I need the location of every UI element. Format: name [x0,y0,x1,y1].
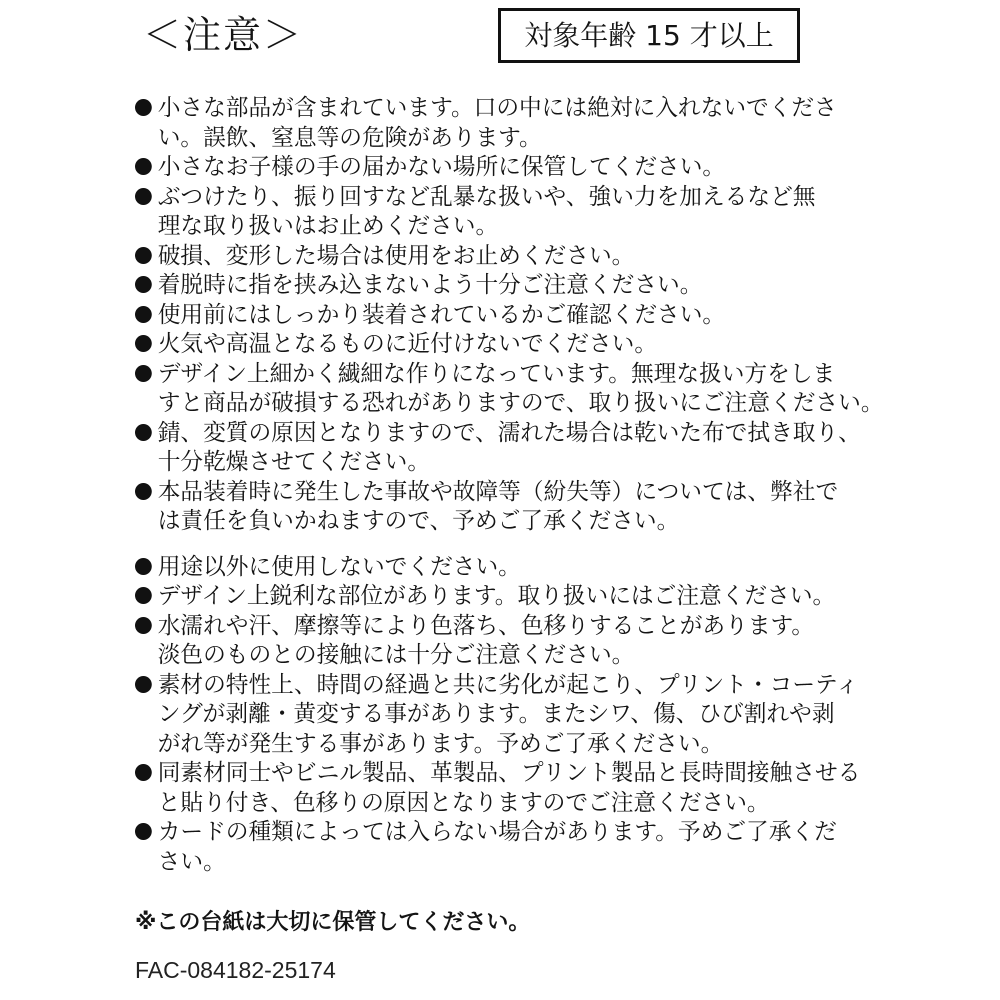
caution-text: 素材の特性上、時間の経過と共に劣化が起こり、プリント・コーティ [158,672,859,698]
caution-item-continuation: い。誤飲、窒息等の危険があります。 [135,124,885,154]
caution-item-continuation: は責任を負いかねますので、予めご了承ください。 [135,507,885,537]
caution-item-first-line: 用途以外に使用しないでください。 [135,553,885,583]
caution-item: デザイン上鋭利な部位があります。取り扱いにはご注意ください。 [135,582,895,612]
caution-item: 火気や高温となるものに近付けないでください。 [135,330,895,360]
caution-text: さい。 [158,849,226,875]
caution-item-first-line: 破損、変形した場合は使用をお止めください。 [135,242,885,272]
caution-item-continuation: 理な取り扱いはお止めください。 [135,212,885,242]
caution-text: デザイン上鋭利な部位があります。取り扱いにはご注意ください。 [158,583,836,609]
caution-group-1: 小さな部品が含まれています。口の中には絶対に入れないでください。誤飲、窒息等の危… [135,94,895,537]
bullet-icon [135,558,152,575]
keep-card-note: ※この台紙は大切に保管してください。 [135,908,530,938]
bullet-icon [135,99,152,116]
caution-text: ングが剥離・黄変する事があります。またシワ、傷、ひび割れや剥 [158,701,835,727]
caution-text: 小さな部品が含まれています。口の中には絶対に入れないでくださ [158,95,837,121]
bullet-icon [135,247,152,264]
bullet-icon [135,188,152,205]
caution-text: は責任を負いかねますので、予めご了承ください。 [158,508,680,534]
caution-text: がれ等が発生する事があります。予めご了承ください。 [158,731,724,757]
caution-text: デザイン上細かく繊細な作りになっています。無理な扱い方をしま [158,361,836,387]
caution-text: 使用前にはしっかり装着されているかご確認ください。 [158,302,725,328]
caution-item-continuation: 十分乾燥させてください。 [135,448,885,478]
caution-list: 小さな部品が含まれています。口の中には絶対に入れないでください。誤飲、窒息等の危… [135,94,895,877]
age-rating-badge: 対象年齢 15 才以上 [498,8,800,63]
caution-item: 同素材同士やビニル製品、革製品、プリント製品と長時間接触させると貼り付き、色移り… [135,759,895,818]
caution-group-2: 用途以外に使用しないでください。デザイン上鋭利な部位があります。取り扱いにはご注… [135,553,895,878]
caution-text: 錆、変質の原因となりますので、濡れた場合は乾いた布で拭き取り、 [158,420,861,446]
caution-item: デザイン上細かく繊細な作りになっています。無理な扱い方をしますと商品が破損する恐… [135,360,895,419]
caution-item-first-line: 錆、変質の原因となりますので、濡れた場合は乾いた布で拭き取り、 [135,419,885,449]
caution-text: 本品装着時に発生した事故や故障等（紛失等）については、弊社で [158,479,838,505]
caution-item: 水濡れや汗、摩擦等により色落ち、色移りすることがあります。淡色のものとの接触には… [135,612,895,671]
caution-item: 素材の特性上、時間の経過と共に劣化が起こり、プリント・コーティングが剥離・黄変す… [135,671,895,760]
bullet-icon [135,676,152,693]
bullet-icon [135,335,152,352]
bullet-icon [135,483,152,500]
bullet-icon [135,276,152,293]
bullet-icon [135,617,152,634]
caution-item: 錆、変質の原因となりますので、濡れた場合は乾いた布で拭き取り、十分乾燥させてくだ… [135,419,895,478]
caution-item-first-line: 本品装着時に発生した事故や故障等（紛失等）については、弊社で [135,478,885,508]
caution-item-continuation: すと商品が破損する恐れがありますので、取り扱いにご注意ください。 [135,389,885,419]
caution-item-continuation: がれ等が発生する事があります。予めご了承ください。 [135,730,885,760]
caution-text: 火気や高温となるものに近付けないでください。 [158,331,657,357]
caution-text: すと商品が破損する恐れがありますので、取り扱いにご注意ください。 [158,390,884,416]
bullet-icon [135,823,152,840]
bullet-icon [135,424,152,441]
caution-item-continuation: 淡色のものとの接触には十分ご注意ください。 [135,641,885,671]
caution-item-first-line: 小さなお子様の手の届かない場所に保管してください。 [135,153,885,183]
caution-item-first-line: 小さな部品が含まれています。口の中には絶対に入れないでくださ [135,94,885,124]
caution-text: 十分乾燥させてください。 [158,449,430,475]
caution-item-first-line: 着脱時に指を挟み込まないよう十分ご注意ください。 [135,271,885,301]
caution-item-first-line: デザイン上細かく繊細な作りになっています。無理な扱い方をしま [135,360,885,390]
caution-item: 本品装着時に発生した事故や故障等（紛失等）については、弊社では責任を負いかねます… [135,478,895,537]
caution-item-first-line: 素材の特性上、時間の経過と共に劣化が起こり、プリント・コーティ [135,671,885,701]
caution-item: 使用前にはしっかり装着されているかご確認ください。 [135,301,895,331]
caution-text: 着脱時に指を挟み込まないよう十分ご注意ください。 [158,272,703,298]
bullet-icon [135,306,152,323]
caution-item-first-line: 水濡れや汗、摩擦等により色落ち、色移りすることがあります。 [135,612,885,642]
caution-item-continuation: さい。 [135,848,885,878]
product-code: FAC-084182-25174 [135,955,336,985]
caution-item: カードの種類によっては入らない場合があります。予めご了承ください。 [135,818,895,877]
caution-text: 同素材同士やビニル製品、革製品、プリント製品と長時間接触させる [158,760,861,786]
caution-item-first-line: 火気や高温となるものに近付けないでください。 [135,330,885,360]
group-spacer [135,537,895,553]
caution-text: 破損、変形した場合は使用をお止めください。 [158,243,635,269]
bullet-icon [135,764,152,781]
caution-text: ぶつけたり、振り回すなど乱暴な扱いや、強い力を加えるなど無 [158,184,816,210]
caution-text: 用途以外に使用しないでください。 [158,554,521,580]
caution-item-continuation: ングが剥離・黄変する事があります。またシワ、傷、ひび割れや剥 [135,700,885,730]
caution-item: 用途以外に使用しないでください。 [135,553,895,583]
caution-text: と貼り付き、色移りの原因となりますのでご注意ください。 [158,790,770,816]
caution-item-first-line: ぶつけたり、振り回すなど乱暴な扱いや、強い力を加えるなど無 [135,183,885,213]
caution-title: ＜注意＞ [143,10,303,60]
caution-text: カードの種類によっては入らない場合があります。予めご了承くだ [158,819,837,845]
caution-item: 小さなお子様の手の届かない場所に保管してください。 [135,153,895,183]
caution-item-continuation: と貼り付き、色移りの原因となりますのでご注意ください。 [135,789,885,819]
bullet-icon [135,587,152,604]
caution-item-first-line: デザイン上鋭利な部位があります。取り扱いにはご注意ください。 [135,582,885,612]
caution-text: 水濡れや汗、摩擦等により色落ち、色移りすることがあります。 [158,613,814,639]
caution-item-first-line: カードの種類によっては入らない場合があります。予めご了承くだ [135,818,885,848]
caution-text: 淡色のものとの接触には十分ご注意ください。 [158,642,635,668]
caution-item-first-line: 同素材同士やビニル製品、革製品、プリント製品と長時間接触させる [135,759,885,789]
caution-item: 破損、変形した場合は使用をお止めください。 [135,242,895,272]
caution-item: 着脱時に指を挟み込まないよう十分ご注意ください。 [135,271,895,301]
caution-text: 小さなお子様の手の届かない場所に保管してください。 [158,154,725,180]
caution-item: ぶつけたり、振り回すなど乱暴な扱いや、強い力を加えるなど無理な取り扱いはお止めく… [135,183,895,242]
bullet-icon [135,365,152,382]
caution-text: 理な取り扱いはお止めください。 [158,213,498,239]
bullet-icon [135,158,152,175]
caution-text: い。誤飲、窒息等の危険があります。 [158,125,542,151]
caution-item: 小さな部品が含まれています。口の中には絶対に入れないでください。誤飲、窒息等の危… [135,94,895,153]
caution-item-first-line: 使用前にはしっかり装着されているかご確認ください。 [135,301,885,331]
